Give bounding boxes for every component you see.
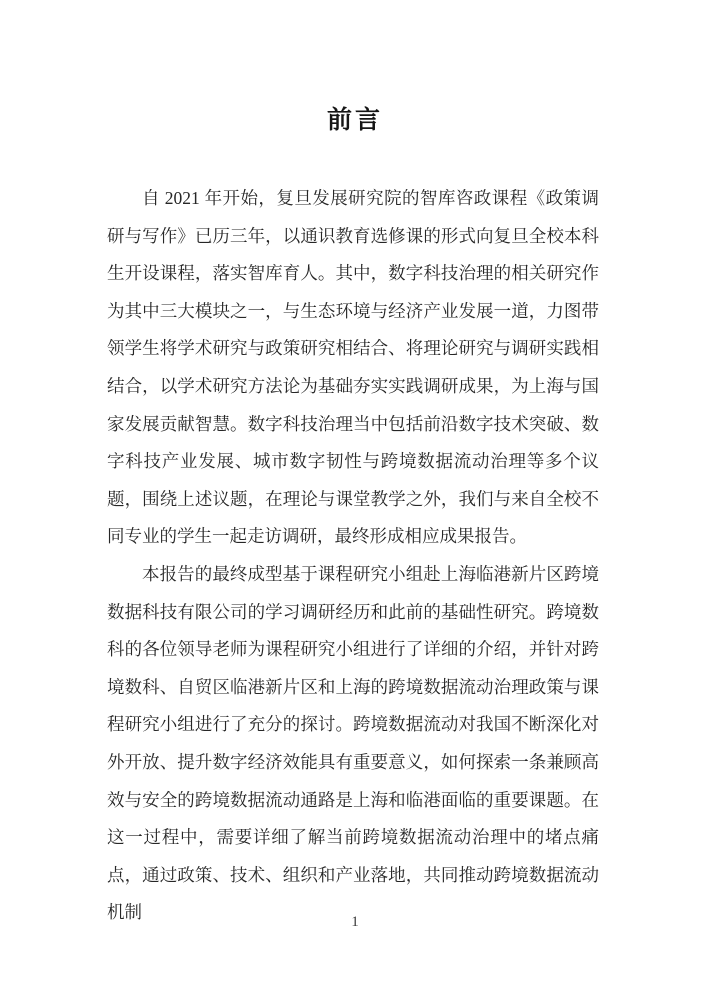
document-page: 前言 自 2021 年开始，复旦发展研究院的智库咨政课程《政策调研与写作》已历三… — [0, 0, 710, 1003]
page-number: 1 — [0, 914, 710, 931]
document-body: 自 2021 年开始，复旦发展研究院的智库咨政课程《政策调研与写作》已历三年，以… — [107, 180, 599, 932]
paragraph-2: 本报告的最终成型基于课程研究小组赴上海临港新片区跨境数据科技有限公司的学习调研经… — [107, 556, 599, 932]
paragraph-1: 自 2021 年开始，复旦发展研究院的智库咨政课程《政策调研与写作》已历三年，以… — [107, 180, 599, 556]
page-title: 前言 — [0, 100, 710, 136]
